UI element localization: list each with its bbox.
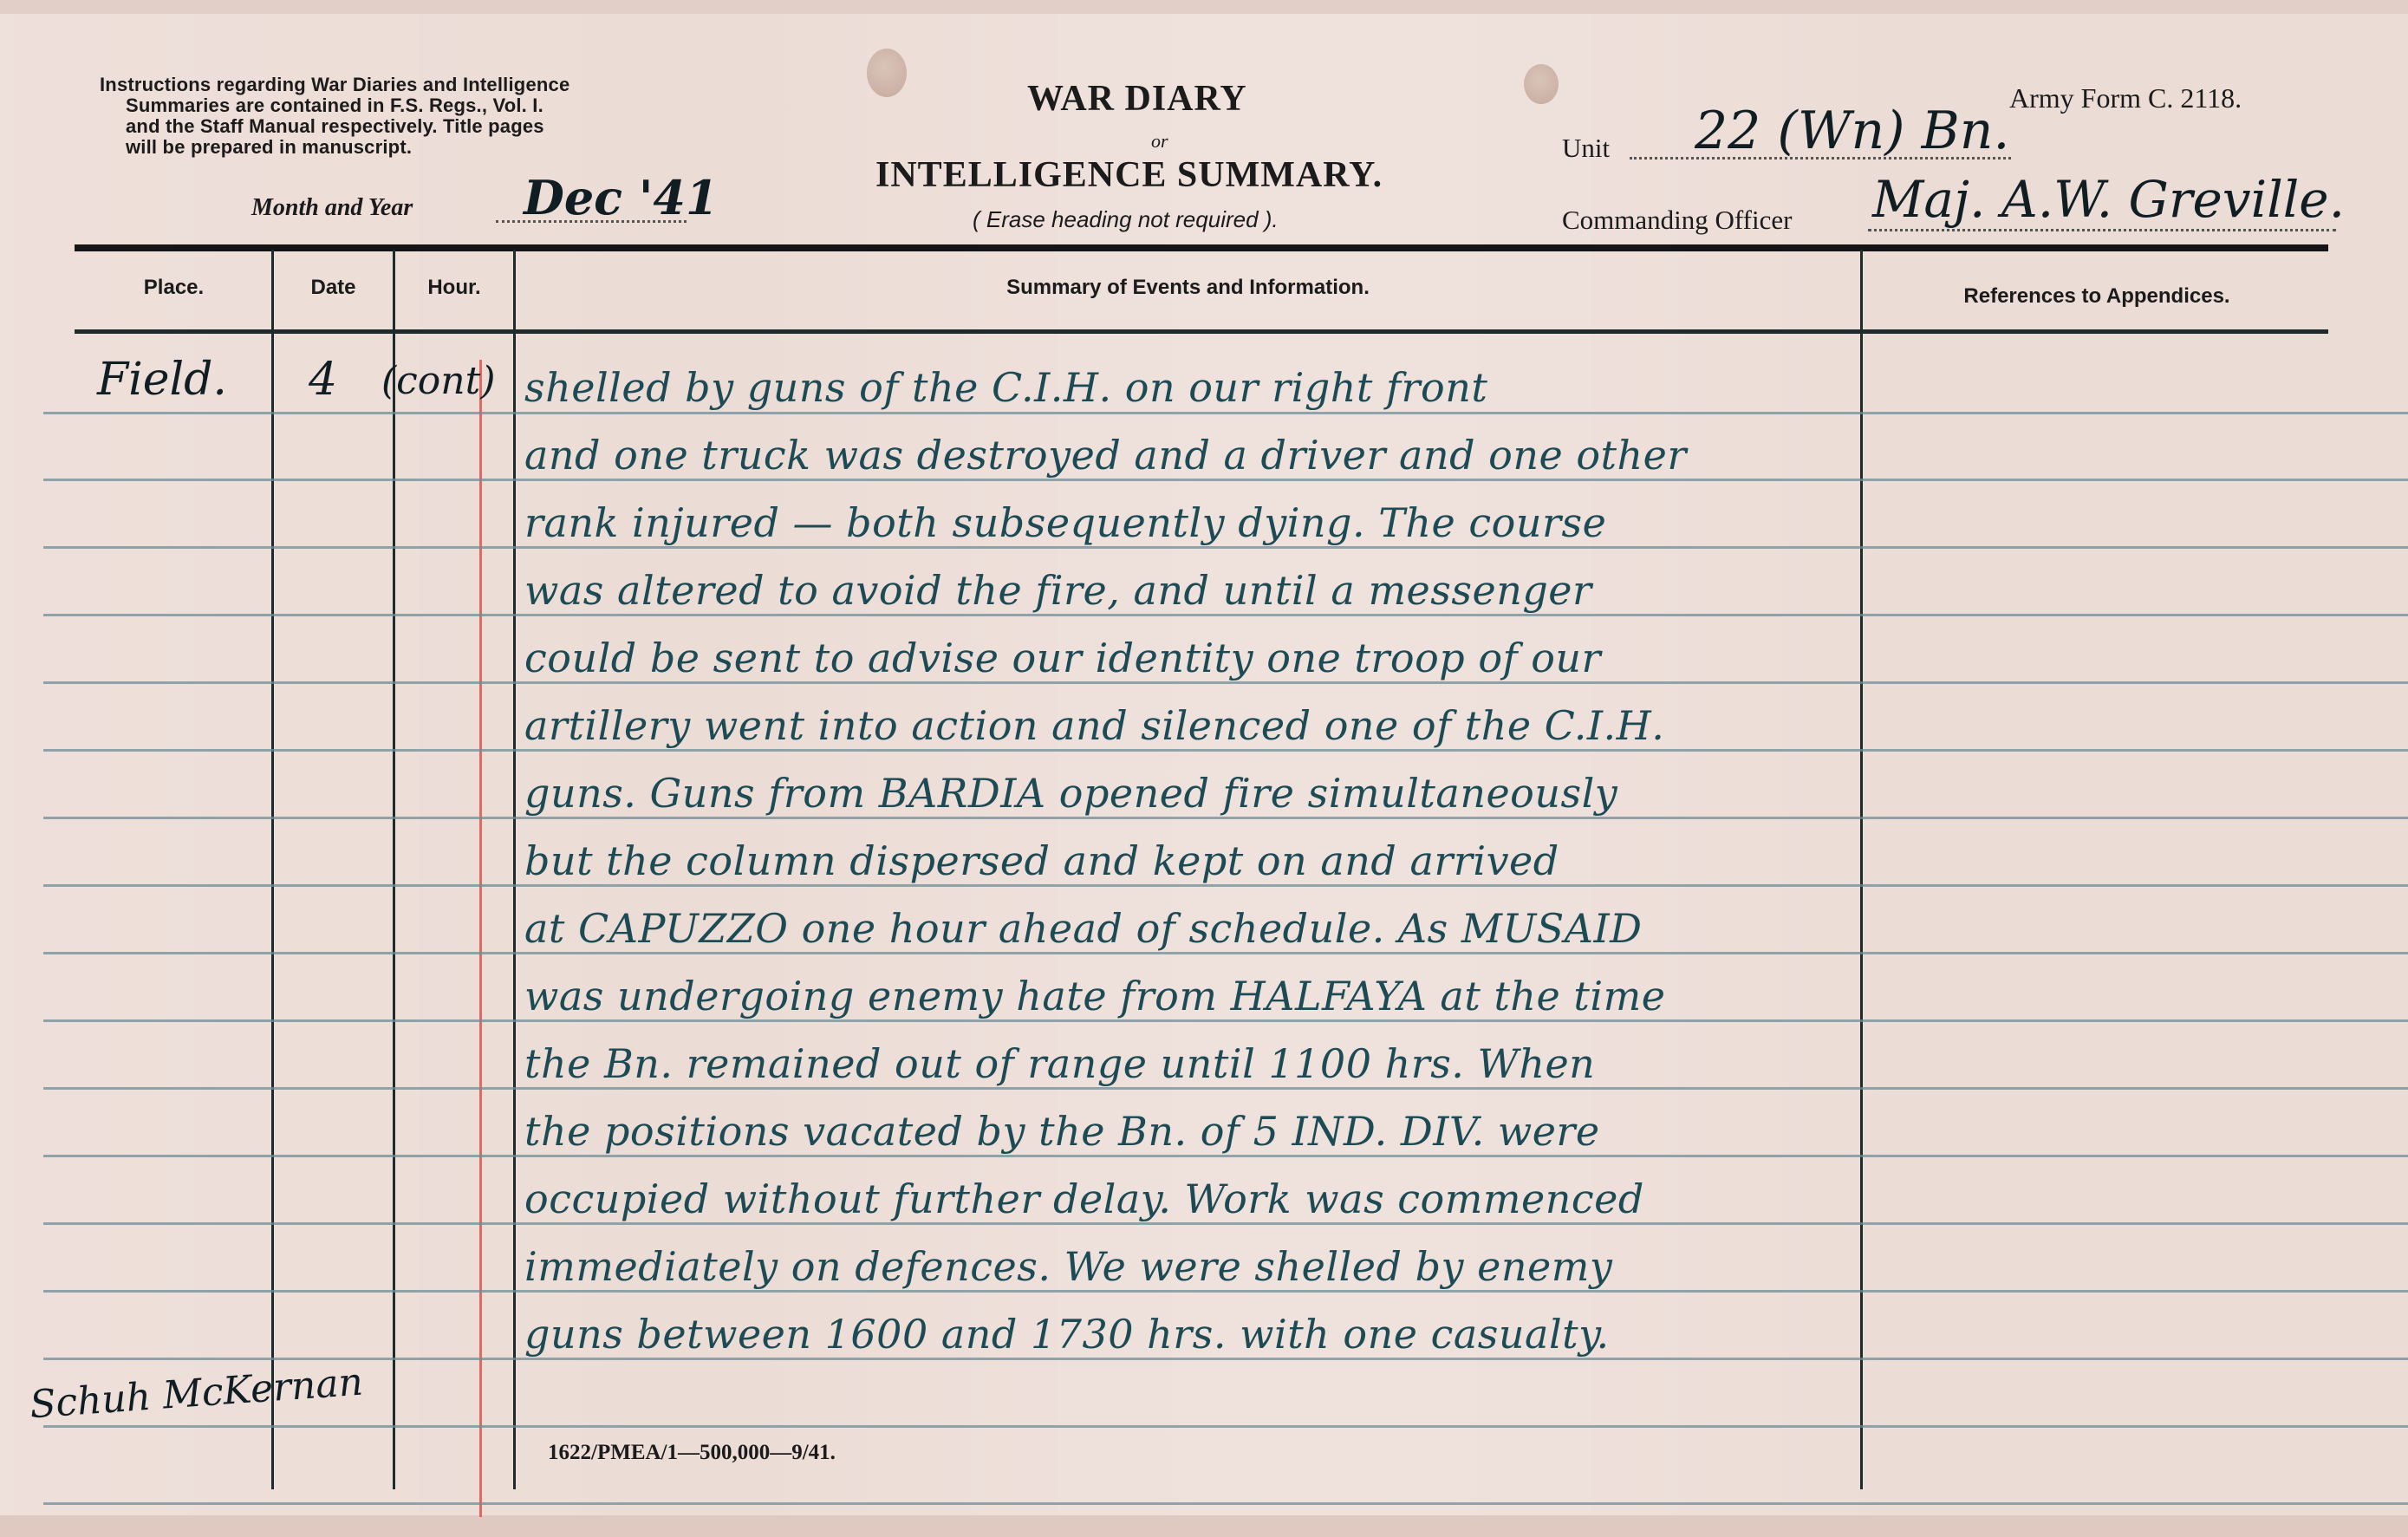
column-divider-summary-references — [1860, 250, 1863, 1489]
column-divider-place-date — [271, 250, 274, 1489]
title-erase-note: ( Erase heading not required ). — [973, 206, 1279, 233]
summary-line: the positions vacated by the Bn. of 5 IN… — [524, 1108, 1600, 1155]
ruled-line — [43, 479, 2408, 481]
ruled-line — [43, 412, 2408, 414]
title-or: or — [1151, 130, 1168, 153]
commanding-officer-label: Commanding Officer — [1562, 205, 1792, 236]
title-war-diary: WAR DIARY — [1027, 78, 1247, 120]
summary-line: guns between 1600 and 1730 hrs. with one… — [524, 1311, 1610, 1358]
red-margin-line — [479, 360, 482, 1517]
ruled-line — [43, 1290, 2408, 1293]
summary-line: rank injured — both subsequently dying. … — [524, 499, 1606, 546]
army-form-number: Army Form C. 2118. — [2009, 82, 2242, 114]
summary-line: guns. Guns from BARDIA opened fire simul… — [524, 770, 1617, 817]
ruled-line — [43, 1155, 2408, 1157]
summary-line: was undergoing enemy hate from HALFAYA a… — [524, 973, 1665, 1019]
ruled-line — [43, 546, 2408, 549]
column-divider-date-hour — [393, 250, 395, 1489]
signature: Schuh McKernan — [29, 1360, 365, 1428]
punch-hole-left — [867, 49, 907, 97]
summary-line: immediately on defences. We were shelled… — [524, 1243, 1612, 1290]
page-edge-bottom — [0, 1515, 2408, 1537]
instructions-text: Instructions regarding War Diaries and I… — [100, 75, 724, 158]
column-header-date: Date — [274, 276, 393, 300]
month-year-value: Dec '41 — [524, 170, 719, 225]
ruled-line — [43, 1358, 2408, 1360]
instructions-line: Instructions regarding War Diaries and I… — [100, 75, 724, 95]
ruled-line — [43, 1425, 2408, 1428]
column-header-summary: Summary of Events and Information. — [516, 276, 1860, 300]
unit-label: Unit — [1562, 133, 1610, 164]
column-divider-hour-summary — [513, 250, 516, 1489]
column-header-place: Place. — [76, 276, 271, 300]
ruled-line — [43, 749, 2408, 752]
summary-line: shelled by guns of the C.I.H. on our rig… — [524, 364, 1487, 411]
ruled-line — [43, 817, 2408, 819]
unit-value: 22 (Wn) Bn. — [1695, 101, 2009, 161]
summary-line: the Bn. remained out of range until 1100… — [524, 1040, 1595, 1087]
summary-line: occupied without further delay. Work was… — [524, 1176, 1644, 1222]
summary-line: but the column dispersed and kept on and… — [524, 837, 1559, 884]
header-bottom-rule — [75, 329, 2328, 334]
ruled-line — [43, 1087, 2408, 1090]
ruled-line — [43, 1019, 2408, 1022]
punch-hole-right — [1524, 64, 1559, 104]
page-edge-top — [0, 0, 2408, 14]
printer-reference: 1622/PMEA/1—500,000—9/41. — [548, 1441, 836, 1465]
instructions-line: and the Staff Manual respectively. Title… — [100, 116, 724, 137]
ruled-line — [43, 614, 2408, 616]
ruled-line — [43, 952, 2408, 954]
ruled-line — [43, 884, 2408, 887]
instructions-line: will be prepared in manuscript. — [100, 137, 724, 158]
ruled-line — [43, 681, 2408, 684]
summary-line: at CAPUZZO one hour ahead of schedule. A… — [524, 905, 1643, 952]
entry-place: Field. — [97, 354, 227, 406]
commanding-officer-value: Maj. A.W. Greville. — [1872, 170, 2345, 229]
summary-line: artillery went into action and silenced … — [524, 702, 1664, 749]
column-header-references: References to Appendices. — [1863, 284, 2331, 309]
entry-hour: (cont) — [381, 359, 495, 403]
instructions-line: Summaries are contained in F.S. Regs., V… — [100, 95, 724, 116]
summary-line: and one truck was destroyed and a driver… — [524, 432, 1687, 479]
column-header-hour: Hour. — [395, 276, 513, 300]
entry-date: 4 — [309, 354, 337, 406]
summary-line: could be sent to advise our identity one… — [524, 635, 1601, 681]
war-diary-page: Instructions regarding War Diaries and I… — [0, 0, 2408, 1537]
month-year-label: Month and Year — [251, 194, 413, 222]
summary-line: was altered to avoid the fire, and until… — [524, 567, 1592, 614]
ruled-line — [43, 1222, 2408, 1225]
title-intelligence-summary: INTELLIGENCE SUMMARY. — [875, 154, 1383, 196]
ruled-line — [43, 1502, 2408, 1505]
commanding-officer-dotted-line — [1868, 229, 2336, 231]
table-top-rule — [75, 244, 2328, 251]
